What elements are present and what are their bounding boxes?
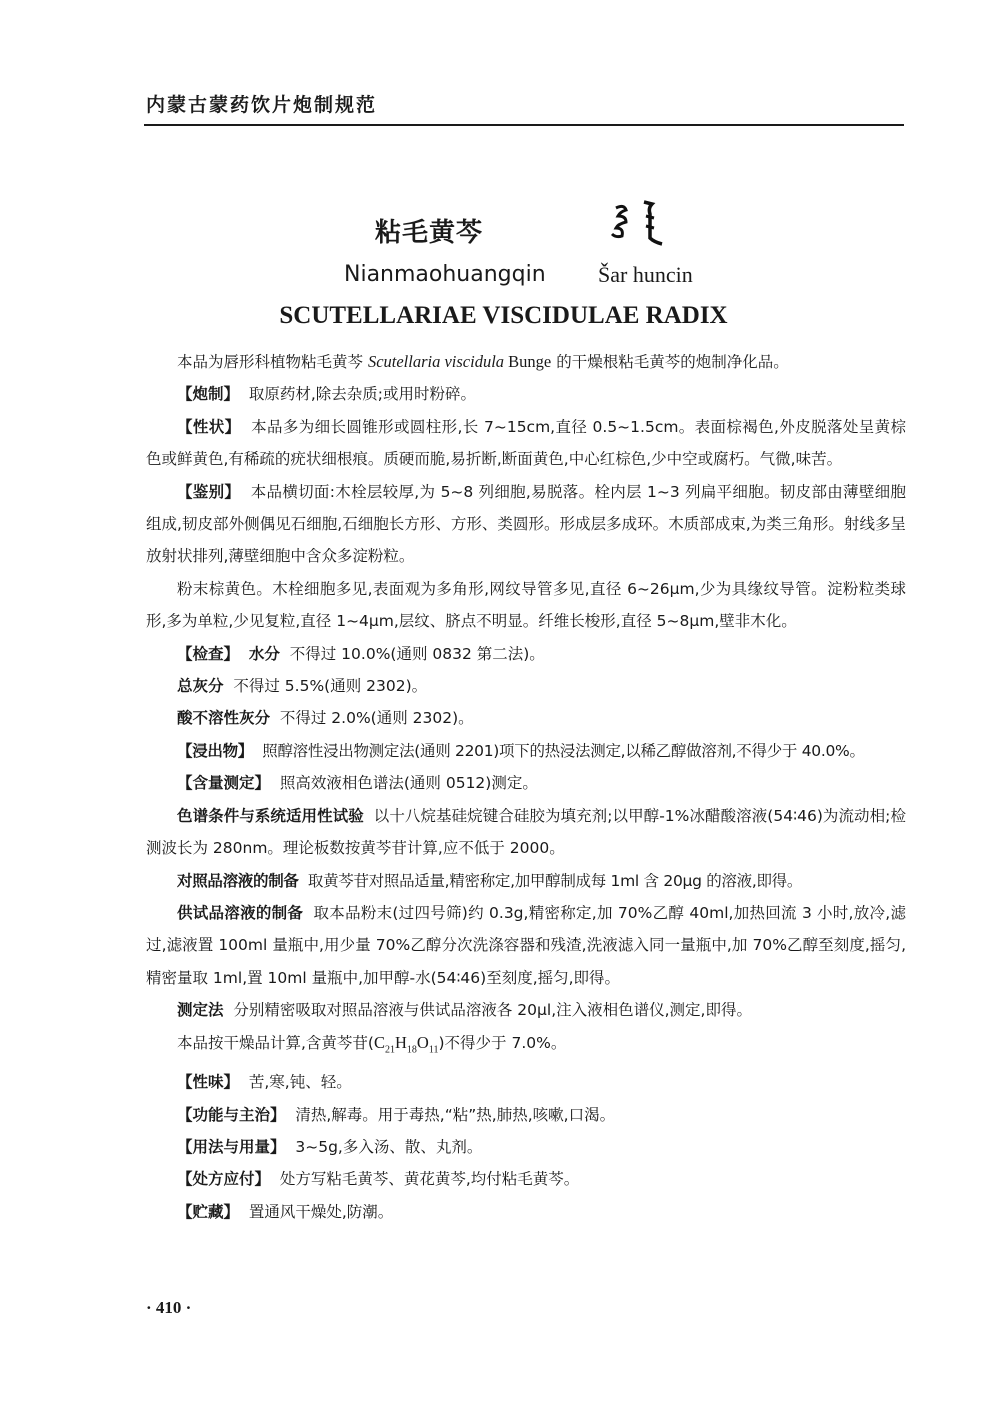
formula-h-sub: 18 xyxy=(407,1044,417,1055)
moisture-label: 水分 xyxy=(249,645,280,663)
section-label: 【含量测定】 xyxy=(177,774,270,792)
section-text: 取原药材,除去杂质;或用时粉碎。 xyxy=(249,385,476,403)
section-description: 【性状】 本品多为细长圆锥形或圆柱形,长 7~15cm,直径 0.5~1.5cm… xyxy=(146,411,906,476)
test-solution-paragraph: 供试品溶液的制备 取本品粉末(过四号筛)约 0.3g,精密称定,加 70%乙醇 … xyxy=(146,897,906,994)
section-storage: 【贮藏】 置通风干燥处,防潮。 xyxy=(146,1196,906,1228)
section-text: 苦,寒,钝、轻。 xyxy=(249,1073,352,1091)
content-limit-paragraph: 本品按干燥品计算,含黄芩苷(C21H18O11)不得少于 7.0%。 xyxy=(146,1027,906,1067)
test-label: 供试品溶液的制备 xyxy=(177,904,303,922)
method-paragraph: 测定法 分别精密吸取对照品溶液与供试品溶液各 20μl,注入液相色谱仪,测定,即… xyxy=(146,994,906,1026)
reference-text: 取黄芩苷对照品适量,精密称定,加甲醇制成每 1ml 含 20μg 的溶液,即得。 xyxy=(308,872,802,890)
section-inspection: 【检查】 水分 不得过 10.0%(通则 0832 第二法)。 xyxy=(146,638,906,670)
intro-pre: 本品为唇形科植物粘毛黄芩 xyxy=(177,353,368,371)
method-label: 测定法 xyxy=(177,1001,224,1019)
intro-post: 的干燥根粘毛黄芩的炮制净化品。 xyxy=(551,353,788,371)
section-assay: 【含量测定】 照高效液相色谱法(通则 0512)测定。 xyxy=(146,767,906,799)
species-author: Bunge xyxy=(504,352,551,371)
formula-c-sub: 21 xyxy=(385,1044,395,1055)
moisture-text: 不得过 10.0%(通则 0832 第二法)。 xyxy=(290,645,545,663)
method-text: 分别精密吸取对照品溶液与供试品溶液各 20μl,注入液相色谱仪,测定,即得。 xyxy=(233,1001,752,1019)
section-processing: 【炮制】 取原药材,除去杂质;或用时粉碎。 xyxy=(146,378,906,410)
chromatography-paragraph: 色谱条件与系统适用性试验 以十八烷基硅烷键合硅胶为填充剂;以甲醇-1%冰醋酸溶液… xyxy=(146,800,906,865)
section-text: 清热,解毒。用于毒热,“粘”热,肺热,咳嗽,口渴。 xyxy=(295,1106,615,1124)
section-text: 本品横切面:木栓层较厚,为 5~8 列细胞,易脱落。栓内层 1~3 列扁平细胞。… xyxy=(146,483,906,566)
section-identification: 【鉴别】 本品横切面:木栓层较厚,为 5~8 列细胞,易脱落。栓内层 1~3 列… xyxy=(146,476,906,573)
section-text: 本品多为细长圆锥形或圆柱形,长 7~15cm,直径 0.5~1.5cm。表面棕褐… xyxy=(146,418,906,468)
section-nature: 【性味】 苦,寒,钝、轻。 xyxy=(146,1066,906,1098)
section-text: 3~5g,多入汤、散、丸剂。 xyxy=(295,1138,482,1156)
reference-label: 对照品溶液的制备 xyxy=(177,872,299,890)
acid-ash-label: 酸不溶性灰分 xyxy=(177,709,270,727)
entry-title-pinyin: Nianmaohuangqin xyxy=(344,262,546,287)
formula: C21H18O11 xyxy=(374,1033,439,1052)
section-label: 【处方应付】 xyxy=(177,1170,270,1188)
section-label: 【炮制】 xyxy=(177,385,239,403)
section-label: 【性状】 xyxy=(177,418,241,436)
reference-solution-paragraph: 对照品溶液的制备 取黄芩苷对照品适量,精密称定,加甲醇制成每 1ml 含 20μ… xyxy=(146,865,906,897)
formula-o: O xyxy=(417,1033,429,1052)
running-header-title: 内蒙古蒙药饮片炮制规范 xyxy=(146,90,377,117)
section-text: 粉末棕黄色。木栓细胞多见,表面观为多角形,网纹导管多见,直径 6~26μm,少为… xyxy=(146,580,906,630)
entry-title-chinese: 粘毛黄芩 xyxy=(375,212,483,249)
section-text: 照醇溶性浸出物测定法(通则 2201)项下的热浸法测定,以稀乙醇做溶剂,不得少于… xyxy=(262,742,864,760)
section-usage: 【用法与用量】 3~5g,多入汤、散、丸剂。 xyxy=(146,1131,906,1163)
section-label: 【功能与主治】 xyxy=(177,1106,286,1124)
section-label: 【浸出物】 xyxy=(177,742,253,760)
page-number: · 410 · xyxy=(146,1298,191,1318)
entry-title-latin: SCUTELLARIAE VISCIDULAE RADIX xyxy=(0,302,1007,330)
section-label: 【贮藏】 xyxy=(177,1203,239,1221)
section-prescription: 【处方应付】 处方写粘毛黄芩、黄花黄芩,均付粘毛黄芩。 xyxy=(146,1163,906,1195)
powder-paragraph: 粉末棕黄色。木栓细胞多见,表面观为多角形,网纹导管多见,直径 6~26μm,少为… xyxy=(146,573,906,638)
section-label: 【检查】 xyxy=(177,645,239,663)
header-rule xyxy=(144,124,904,126)
formula-c: C xyxy=(374,1033,385,1052)
section-text: 照高效液相色谱法(通则 0512)测定。 xyxy=(280,774,538,792)
total-ash-paragraph: 总灰分 不得过 5.5%(通则 2302)。 xyxy=(146,670,906,702)
total-ash-label: 总灰分 xyxy=(177,677,224,695)
section-function: 【功能与主治】 清热,解毒。用于毒热,“粘”热,肺热,咳嗽,口渴。 xyxy=(146,1099,906,1131)
section-text: 处方写粘毛黄芩、黄花黄芩,均付粘毛黄芩。 xyxy=(280,1170,579,1188)
mongolian-script-title-icon xyxy=(608,198,668,250)
formula-h: H xyxy=(395,1033,407,1052)
section-extract: 【浸出物】 照醇溶性浸出物测定法(通则 2201)项下的热浸法测定,以稀乙醇做溶… xyxy=(146,735,906,767)
section-text: 置通风干燥处,防潮。 xyxy=(249,1203,393,1221)
monograph-body: 本品为唇形科植物粘毛黄芩 Scutellaria viscidula Bunge… xyxy=(146,346,906,1228)
entry-title-mongolian-latin: Šar huncin xyxy=(598,262,693,288)
acid-ash-paragraph: 酸不溶性灰分 不得过 2.0%(通则 2302)。 xyxy=(146,702,906,734)
species-name: Scutellaria viscidula xyxy=(368,352,504,371)
acid-ash-text: 不得过 2.0%(通则 2302)。 xyxy=(280,709,474,727)
section-label: 【鉴别】 xyxy=(177,483,240,501)
limit-post: )不得少于 7.0%。 xyxy=(438,1034,566,1052)
chromatography-label: 色谱条件与系统适用性试验 xyxy=(177,807,364,825)
total-ash-text: 不得过 5.5%(通则 2302)。 xyxy=(233,677,427,695)
section-label: 【性味】 xyxy=(177,1073,239,1091)
section-label: 【用法与用量】 xyxy=(177,1138,286,1156)
intro-paragraph: 本品为唇形科植物粘毛黄芩 Scutellaria viscidula Bunge… xyxy=(146,346,906,378)
limit-pre: 本品按干燥品计算,含黄芩苷( xyxy=(177,1034,374,1052)
